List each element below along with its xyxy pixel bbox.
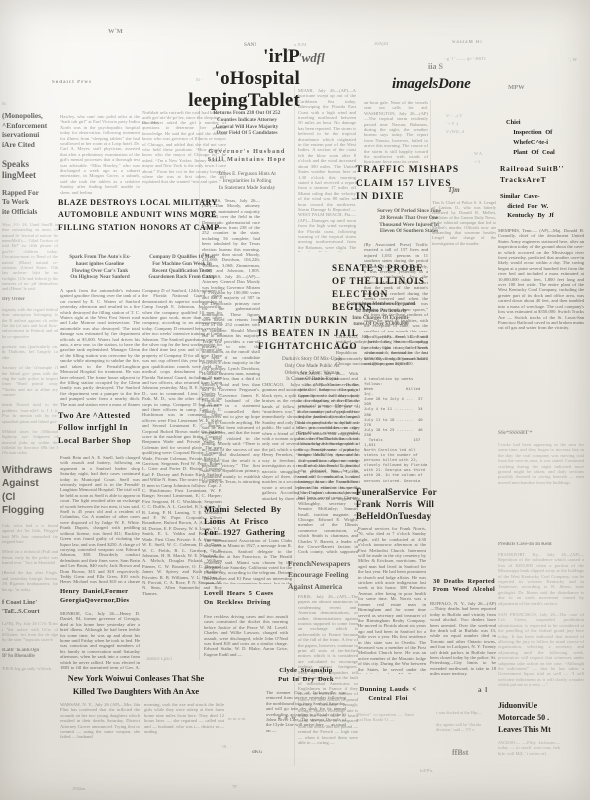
masthead-noise: - g ' l ' —— iji- '-BSTI [444,56,486,61]
fragment-justice: Justice Lpsci [146,657,206,662]
masthead-noise: Sodaict Prws [52,80,92,85]
scan-noise: 7P [232,784,237,789]
article-dunning-body: “Better” co-operation — Santi ipal Ban R… [356,712,414,778]
masthead-noise: MPW [508,84,525,91]
headline-local-military-unit: LOCAL MILITARY UNIT WINS MORE HONORS AT … [140,197,226,234]
scan-noise: W A + 3 [474,150,482,166]
scan-noise: i was docked at the Hip— [436,710,498,715]
left-strip-fragment: 'P.R-B Jog gn sntly 'w'elock. [2,666,58,671]
scan-noise: dKG [252,750,263,755]
left-strip-fragment: M'teol on a technical (Psdl and thesat, … [2,549,58,565]
texas-election-byline: B Y 1 0 9 , W [204,100,290,105]
texas-election-subhead-governors-husband: Governor's Husband Still Maintains Hope [204,148,290,164]
article-axe-col2: morning, took the axe and struck the lit… [144,702,224,742]
headline-two-arrested-barber-shop: Two Are ^Attested Follow inrfjghl In Loc… [58,410,142,447]
left-strip-fragment: Wyo, J-l> 26. Uand SnofB in thee outstan… [2,222,58,292]
article-axe-col1: WARSAW, N. Y., July 26 (AP)—Mrs. Ida Fli… [60,702,140,758]
traffic-state-tabulation: A tabulation by weeks follows: Week Kill… [364,376,428,482]
left-strip-fragment: La*B), Fly, July 26 C'c'h 'lLbw i ''the … [2,621,58,643]
article-barber-body: Frank Bein and A. E. Snell, both charged… [60,455,140,583]
masthead-noise: iia S [428,62,443,71]
masthead-noise: 36Ajb4 [374,42,388,47]
article-senate-body1: CHICAGO, July 26—(AP)—Frank L. Smith tes… [336,334,428,368]
left-strip-fragment: inganity with the regard federal dyat un… [2,307,58,339]
texas-election-subhead-ferguson: James E. Ferguson Hints At Irregularitie… [202,171,292,191]
article-miami-lions-body: The International Association of Lions C… [204,538,292,584]
left-strip-fragment: Cok, wfca had a w hosed against dct 'lm … [2,523,58,545]
headline-blaze-destroys: BLAZE DESTROYS AUTOMOBILE AND FILLING ST… [58,197,144,234]
left-strip-fragment: fli. [2,101,58,106]
newspaper-page: Sodaict Prws W´M m · SAN! 'AY a JUM 'wdf… [0,0,590,800]
scan-noise: V - . ,;i T ' + V ;) V (W)L, # [446,112,464,136]
scan-noise: m m w m [228,716,245,721]
article-girl-hospital-col1: Hawley, who cam' into polid arlict at th… [60,114,140,194]
article-hurricane-col1: MIAMI, July 26—(AP)—A hurricane swept up… [298,88,356,252]
subhead-blaze-destroys: Spark From The Auto's Ex- haust ignites … [58,254,142,281]
article-san-francisco-body: SAN FRANCISCO, July 26—The case of Col. … [498,612,584,696]
photo-caption-label: Tjm [448,186,460,194]
headline-rapped-for-officials: Rapped For To Work ite Officials [2,189,58,217]
left-strip-fragment: kensh Nosted imid to the problem: 'mas-n… [2,402,58,424]
subhead-garbled: SSr*SSSSBT'* [498,430,568,436]
article-henry-daniel-body: MONROE, Ga., July 26.—Henry D. Daniel, 8… [60,611,140,669]
article-lovell-body: Five reckless driving cases and two assa… [204,614,288,670]
headline-speaks-meet: Speaks lingMeet [2,159,58,182]
headline-withdraws-against-flogging: Withdraws Against (Cl Flogging [2,464,58,518]
article-cracks-body: Cracks had been appearing in the area fo… [498,442,584,538]
left-strip-smudge: R.atlr 'lo.anb.Ogn IP Sn Bhemalile [2,648,58,661]
scan-noise: 193(lan [72,786,85,791]
article-memphis-cave-in-body: MEMPHIS, Tenn.— (AP)—Maj. Donald H. Conn… [498,228,584,424]
headline-axe-confession: New York Woiwui Conleases That She Kille… [56,672,216,698]
headline-coast-line-court: f Coast Line' 'TaE..S.Court [2,599,58,616]
article-predicts-body: FRANKFORT, Ky., July 26—(AP)—Repetition … [498,552,584,610]
masthead-noise: ' ; W [568,58,577,63]
article-funeral-body: Funeral services for Frank Norris, 76, w… [358,526,426,674]
article-hurricane-col2: an-hour gale. None of the vessels sent o… [364,100,428,164]
headline-chief-inspection-coal-plant: Chiei Inspection Of WhefeC^te-i Plant Of… [506,118,584,158]
scan-noise: ffBst [452,748,468,757]
article-blaze-body: A spark from the automobile's exhaust ig… [60,288,140,406]
subhead-local-military-unit: Company D Qualifies 10 Men For Machine G… [141,254,223,281]
masthead-noise: 'wdfl [298,50,325,66]
subhead-dry-order: Dry Order [2,297,58,302]
subhead-senate-probe: Committee Members Prepared To Inquire Pa… [334,301,428,328]
left-strip-fragment: (Berisd the day after Fiegis, and yeater… [2,570,58,592]
headline-similar-cave-in-predicted: Similar Cave- dicted For W. Kentucky By … [500,192,584,221]
subhead-predicts-cave-in: Predicts Cave-In In Kent [498,542,584,547]
headline-miami-lions: Miami Selected By Lions At Frisco For 19… [204,504,292,539]
article-wood-alcohol-body: BUFFALO, N. Y., July 26—(AP)—Thirty deat… [430,601,496,697]
left-strip-fragment: M'blind taxes for (Mltional highway sys-… [2,429,58,456]
headline-clyde-steamship: Clyde Steamship Put In Dry Dock [266,667,346,685]
headline-traffic-mishaps: TRAFFIC MISHAPS CLAIM 157 LIVES IN DIXIE [356,164,462,205]
scan-noise: ' 18 . : [220,744,231,749]
headline-damage-is-done: imagelsDone [392,76,502,93]
headline-dunning-lauds: Dunning Lauds < Central Floi [356,686,420,704]
left-strip-fragment: Sacrtary of the 'st'rxample i'l the fidi… [2,365,58,397]
left-strip-fragment: govstsor was (particularly on. ht Thalio… [2,344,58,360]
headline-lovell-reckless-driving: Lovell Hears 5 Cases On Reckless Driving [204,590,288,608]
headline-monopolies-enforcement: (Monopolies, ^Enforcement iservationui i… [2,111,58,150]
headline-wood-alcohol-deaths: 30 Deaths Reported From Wood Alcohol [430,578,498,595]
scan-noise: IcE'P'n. [420,768,433,773]
headline-jacksonville-motorcade: JiduonviUe Motorcade 50 . Leaves This Mt [498,700,588,736]
scan-noise: dry agents will be 'florida division,' s… [436,722,496,732]
headline-funeral-frank-norris: FuneralService For Frank Norris Will BeH… [356,486,460,522]
headline-henry-daniel-dies: Henry Daniel,Former GeorgiaQovernor,Dies [60,588,140,606]
texas-election-subhead-returns: Returns From 238 Out Of 252 Counties Ind… [202,110,292,137]
article-clyde-body: The steamer City of Jacksonville was rem… [266,690,346,760]
masthead-noise: wassaM Hi [452,40,483,45]
masthead-noise: W´M [108,28,123,35]
article-motorcade-body: JACKSO— —Fifty Jacksonv— today — to reac… [498,740,560,792]
article-senate-body2: CHICAGO, July 26— With seven witnesses s… [298,371,358,556]
photo-caption-lengel: This Is Chief of Police S. A. Lengel of … [432,200,496,262]
headline-railroad-suit-tracks: Railroad SuitB'' TracksAreT [500,164,584,185]
left-edge-column: fli. (Monopolies, ^Enforcement iservatio… [2,96,58,798]
